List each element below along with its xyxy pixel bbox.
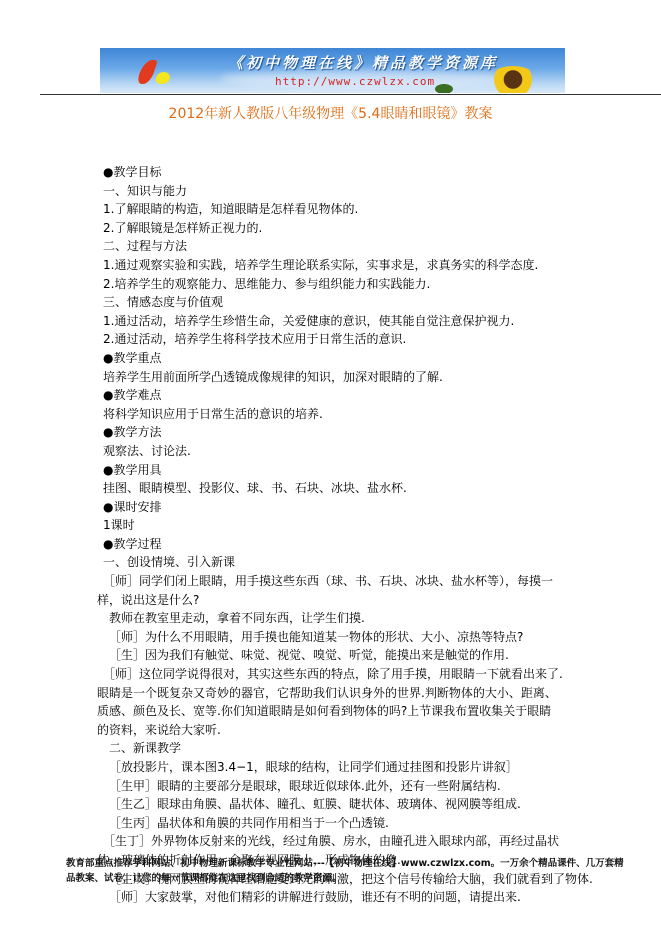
dialogue-paragraph: ［放投影片，课本图3.4−1，眼球的结构，让同学们通过挂图和投影片讲叙］ <box>103 758 563 777</box>
document-body: ●教学目标 一、知识与能力 1.了解眼睛的构造，知道眼睛是怎样看见物体的. 2.… <box>103 163 563 907</box>
section-heading: ●课时安排 <box>103 498 563 517</box>
paragraph: 2.通过活动，培养学生将科学技术应用于日常生活的意识. <box>103 330 563 349</box>
paragraph: 2.培养学生的观察能力、思维能力、参与组织能力和实践能力. <box>103 275 563 294</box>
subsection-heading: 二、新课教学 <box>103 739 563 758</box>
section-heading: ●教学用具 <box>103 461 563 480</box>
paragraph: 培养学生用前面所学凸透镜成像规律的知识，加深对眼睛的了解. <box>103 368 563 387</box>
page-footer: 教育部重点推荐学科网站、初中物理新课标教学专业性网站---【初中物理在线】www… <box>66 856 626 886</box>
dialogue-paragraph: ［师］为什么不用眼睛，用手摸也能知道某一物体的形状、大小、凉热等特点? <box>103 628 563 647</box>
section-heading: ●教学方法 <box>103 423 563 442</box>
dialogue-paragraph: ［生］因为我们有触觉、味觉、视觉、嗅觉、听觉，能摸出来是触觉的作用. <box>103 646 563 665</box>
site-banner: 《初中物理在线》精品教学资源库 http://www.czwlzx.com <box>100 48 565 93</box>
dialogue-paragraph: ［师］同学们闭上眼睛，用手摸这些东西（球、书、石块、冰块、盐水杯等），每摸一样，… <box>97 572 563 609</box>
section-heading: ●教学重点 <box>103 349 563 368</box>
header-divider <box>40 94 661 95</box>
banner-title: 《初中物理在线》精品教学资源库 <box>228 52 498 73</box>
subsection-heading: 三、情感态度与价值观 <box>103 293 563 312</box>
section-heading: ●教学过程 <box>103 535 563 554</box>
paragraph: 1课时 <box>103 516 563 535</box>
dialogue-paragraph: 教师在教室里走动，拿着不同东西，让学生们摸. <box>103 609 563 628</box>
section-heading: ●教学难点 <box>103 386 563 405</box>
paragraph: 1.通过观察实验和实践，培养学生理论联系实际，实事求是，求真务实的科学态度. <box>103 256 563 275</box>
logo-accent-icon <box>154 72 172 84</box>
subsection-heading: 一、创设情境、引入新课 <box>103 553 563 572</box>
paragraph: 1.通过活动，培养学生珍惜生命，关爱健康的意识，使其能自觉注意保护视力. <box>103 312 563 331</box>
section-heading: ●教学目标 <box>103 163 563 182</box>
leaf-decoration <box>435 84 453 93</box>
subsection-heading: 一、知识与能力 <box>103 182 563 201</box>
paragraph: 观察法、讨论法. <box>103 442 563 461</box>
paragraph: 将科学知识应用于日常生活的意识的培养. <box>103 405 563 424</box>
dialogue-paragraph: ［生乙］眼球由角膜、晶状体、瞳孔、虹膜、睫状体、玻璃体、视网膜等组成. <box>103 795 563 814</box>
subsection-heading: 二、过程与方法 <box>103 237 563 256</box>
paragraph: 2.了解眼镜是怎样矫正视力的. <box>103 219 563 238</box>
dialogue-paragraph: ［生甲］眼睛的主要部分是眼球，眼球近似球体.此外，还有一些附属结构. <box>103 777 563 796</box>
dialogue-paragraph: ［师］这位同学说得很对，其实这些东西的特点，除了用手摸，用眼睛一下就看出来了.眼… <box>97 665 563 739</box>
dialogue-paragraph: ［生丙］晶状体和角膜的共同作用相当于一个凸透镜. <box>103 814 563 833</box>
paragraph: 挂图、眼睛模型、投影仪、球、书、石块、冰块、盐水杯. <box>103 479 563 498</box>
sunflower-icon <box>488 66 538 93</box>
banner-url: http://www.czwlzx.com <box>275 75 435 88</box>
document-title: 2012年新人教版八年级物理《5.4眼睛和眼镜》教案 <box>0 103 661 123</box>
paragraph: 1.了解眼睛的构造，知道眼睛是怎样看见物体的. <box>103 200 563 219</box>
dialogue-paragraph: ［师］大家鼓掌，对他们精彩的讲解进行鼓励，谁还有不明的问题，请提出来. <box>103 888 563 907</box>
